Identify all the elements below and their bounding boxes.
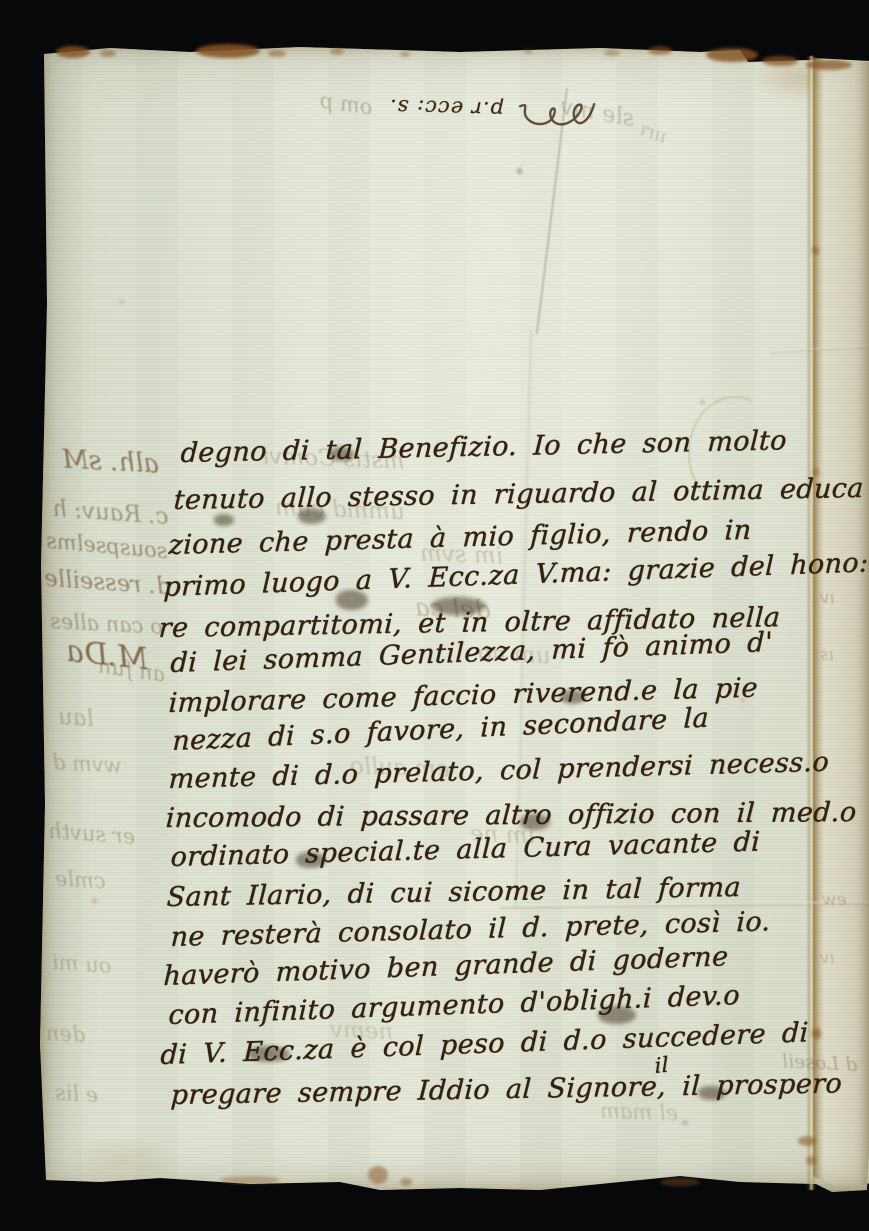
foxing-spot [706,48,758,62]
bleed-through-mark: e lis [54,1081,99,1108]
foxing-spot [368,1166,388,1184]
folded-leaf-edge [813,58,869,1190]
bleed-through-mark: ıv [820,948,835,968]
ink-blot [248,1046,290,1062]
bleed-through-mark: ou mi [51,950,112,978]
ink-blot [520,814,550,830]
foxing-spot [220,1176,280,1184]
foxing-spot [330,48,344,55]
inverted-docket: p.r ecc: s. [347,73,599,146]
ink-blot [296,852,326,868]
foxing-spot [120,300,124,304]
foxing-spot [524,49,532,54]
ink-blot [698,1086,726,1100]
ink-blot [330,447,354,461]
bleed-through-mark: ıv [820,588,835,608]
foxing-spot [400,52,410,57]
foxing-spot [92,898,97,903]
ink-blot [432,597,486,615]
foxing-spot [812,1028,821,1039]
foxing-spot [682,1120,688,1125]
foxing-spot [196,44,260,58]
foxing-spot [268,50,286,57]
foxing-spot [806,1156,816,1165]
bleed-through-mark: ıs [820,645,834,665]
foxing-spot [798,1136,816,1146]
bleed-through-mark: cmle [54,867,106,894]
foxing-spot [56,46,90,58]
foxing-spot [100,50,116,57]
bleed-through-mark: ew [822,890,847,910]
ink-blot [560,690,586,704]
foxing-spot [648,46,672,55]
foxing-spot [762,56,798,66]
manuscript-line: il [654,1054,669,1077]
ink-blot [298,508,326,524]
bleed-through-mark: alh. sM [61,444,159,479]
foxing-spot [812,246,819,255]
ink-blot [598,1006,636,1024]
foxing-spot [700,400,705,404]
bleed-through-mark: lau [57,704,95,732]
foxing-spot [517,168,522,174]
bleed-through-mark: den [45,1021,86,1047]
foxing-spot [660,1178,700,1186]
foxing-spot [604,50,620,56]
docket-text: p.r ecc: s. [389,95,505,122]
ink-blot [214,514,234,526]
foxing-spot [400,1178,412,1186]
photograph-background: alh. sMc. Rauv: hsouspselmsd. resseilleo… [0,0,869,1231]
docket-flourish-icon [513,88,598,134]
bleed-through-mark: wvm d [51,750,122,778]
foxing-spot [806,60,852,70]
ink-blot [336,590,368,610]
